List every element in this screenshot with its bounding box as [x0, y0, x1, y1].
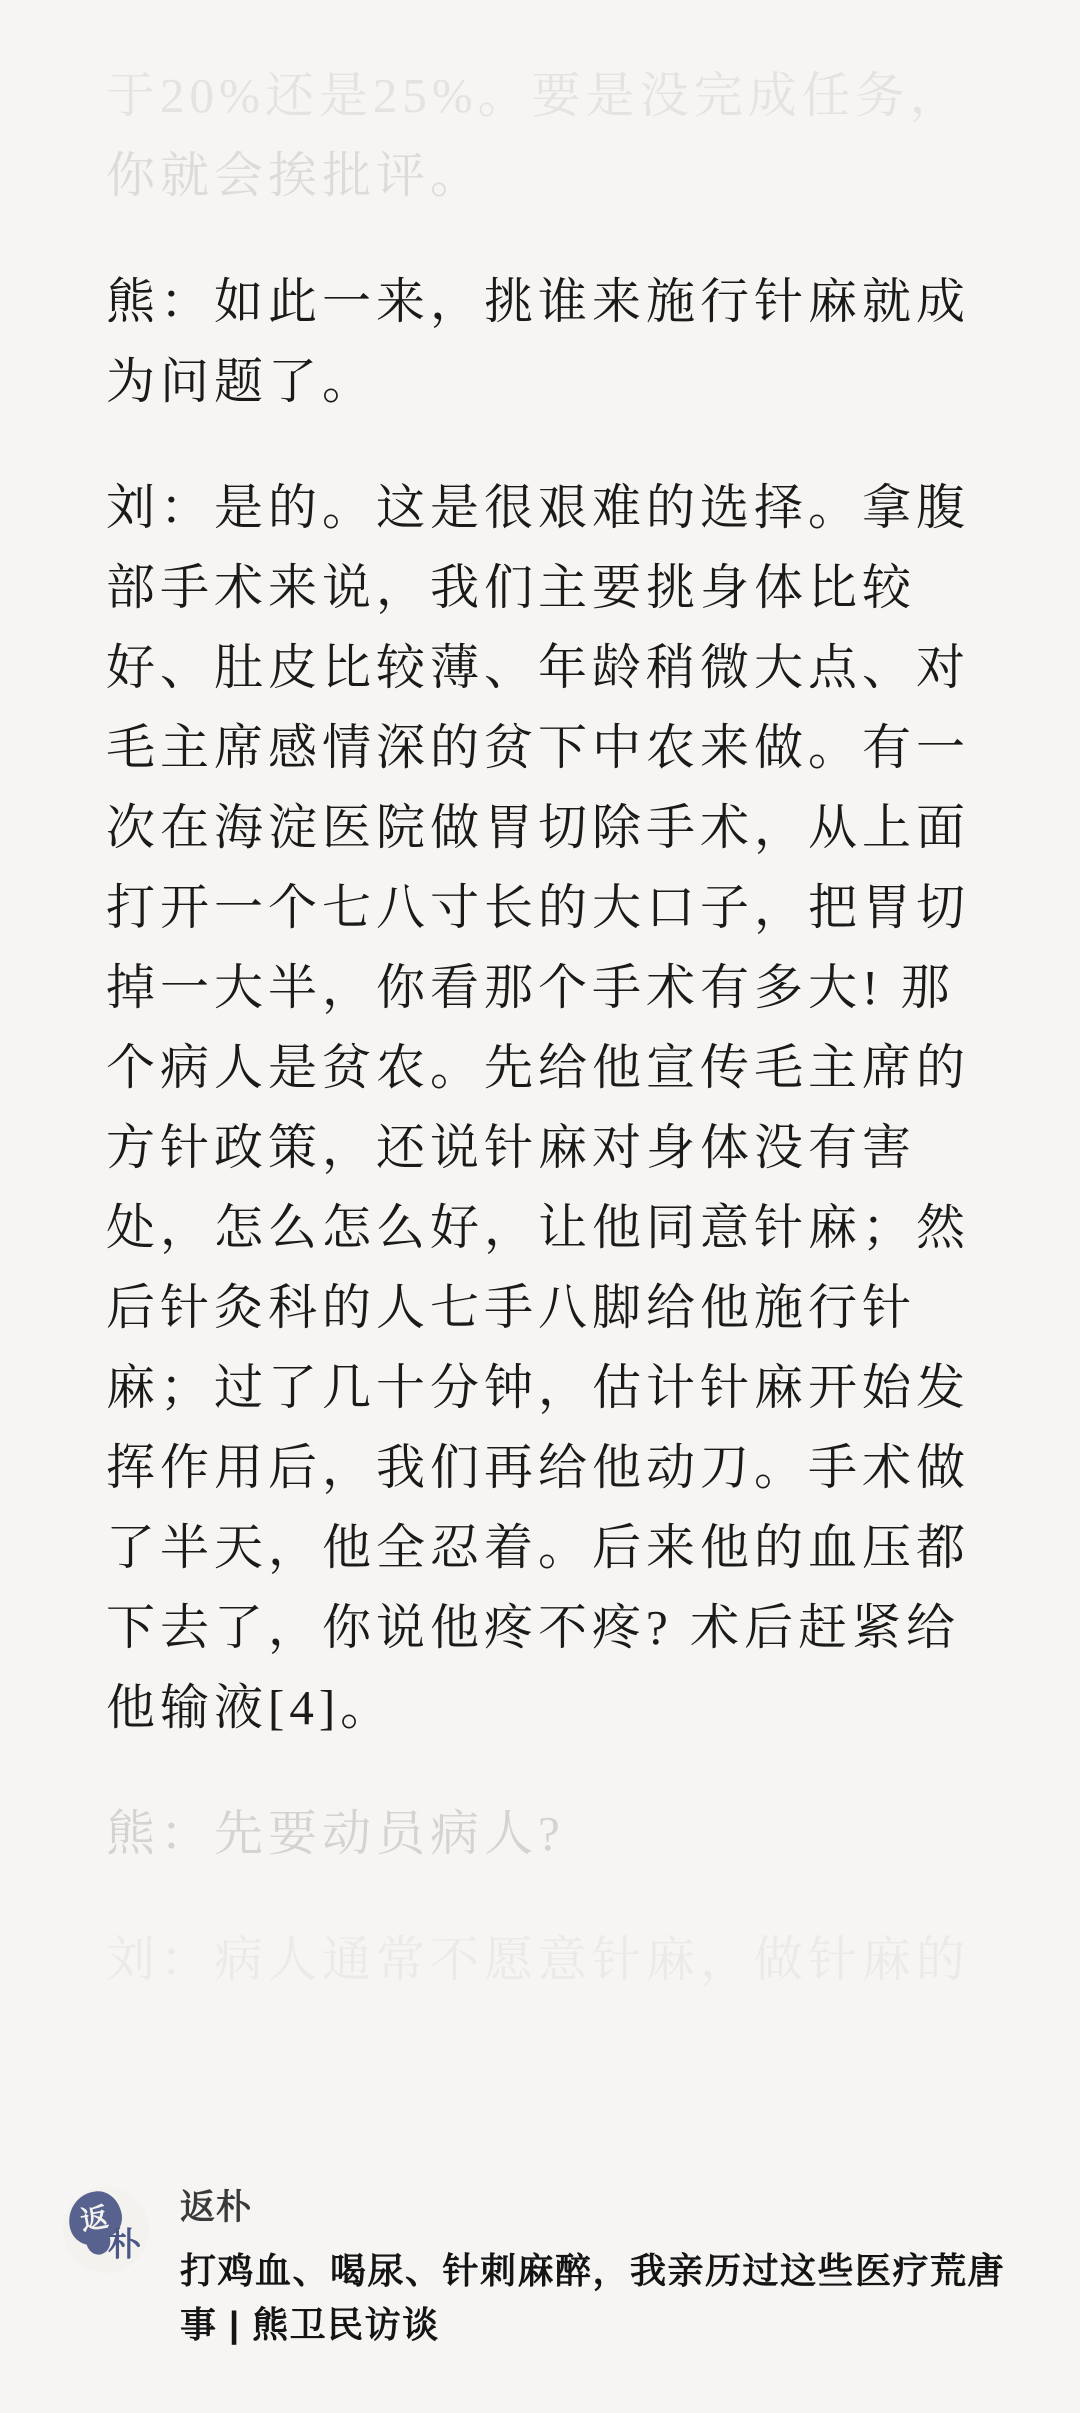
paragraph-xiong-question-1: 熊：如此一来，挑谁来施行针麻就成 为问题了。 [106, 262, 980, 422]
paragraph-liu-answer: 刘：是的。这是很艰难的选择。拿腹 部手术来说，我们主要挑身体比较 好、肚皮比较薄… [106, 468, 980, 1748]
share-card-page: 于20%还是25%。要是没完成任务，你就会挨批评。 熊：如此一来，挑谁来施行针麻… [0, 0, 1080, 2413]
share-footer: 返 朴 返朴 打鸡血、喝尿、针刺麻醉，我亲历过这些医疗荒唐 事 | 熊卫民访谈 [62, 2186, 1018, 2352]
context-above: 于20%还是25%。要是没完成任务，你就会挨批评。 [106, 56, 980, 216]
article-body: 于20%还是25%。要是没完成任务，你就会挨批评。 熊：如此一来，挑谁来施行针麻… [106, 56, 980, 2046]
account-name: 返朴 [180, 2188, 1018, 2228]
context-above-line-2: 你就会挨批评。 [106, 136, 980, 216]
paragraph-liu-answer-2-faded: 刘：病人通常不愿意针麻，做针麻的 [106, 1920, 980, 2000]
footer-text-block: 返朴 打鸡血、喝尿、针刺麻醉，我亲历过这些医疗荒唐 事 | 熊卫民访谈 [180, 2186, 1018, 2352]
logo-char-fan: 返 [78, 2201, 110, 2236]
fanpu-logo-icon: 返 朴 [62, 2186, 150, 2274]
context-above-line-1: 于20%还是25%。要是没完成任务， [106, 56, 980, 136]
article-title: 打鸡血、喝尿、针刺麻醉，我亲历过这些医疗荒唐 事 | 熊卫民访谈 [180, 2244, 1018, 2352]
logo-char-pu: 朴 [108, 2226, 142, 2263]
paragraph-xiong-question-2: 熊：先要动员病人? [106, 1794, 980, 1874]
